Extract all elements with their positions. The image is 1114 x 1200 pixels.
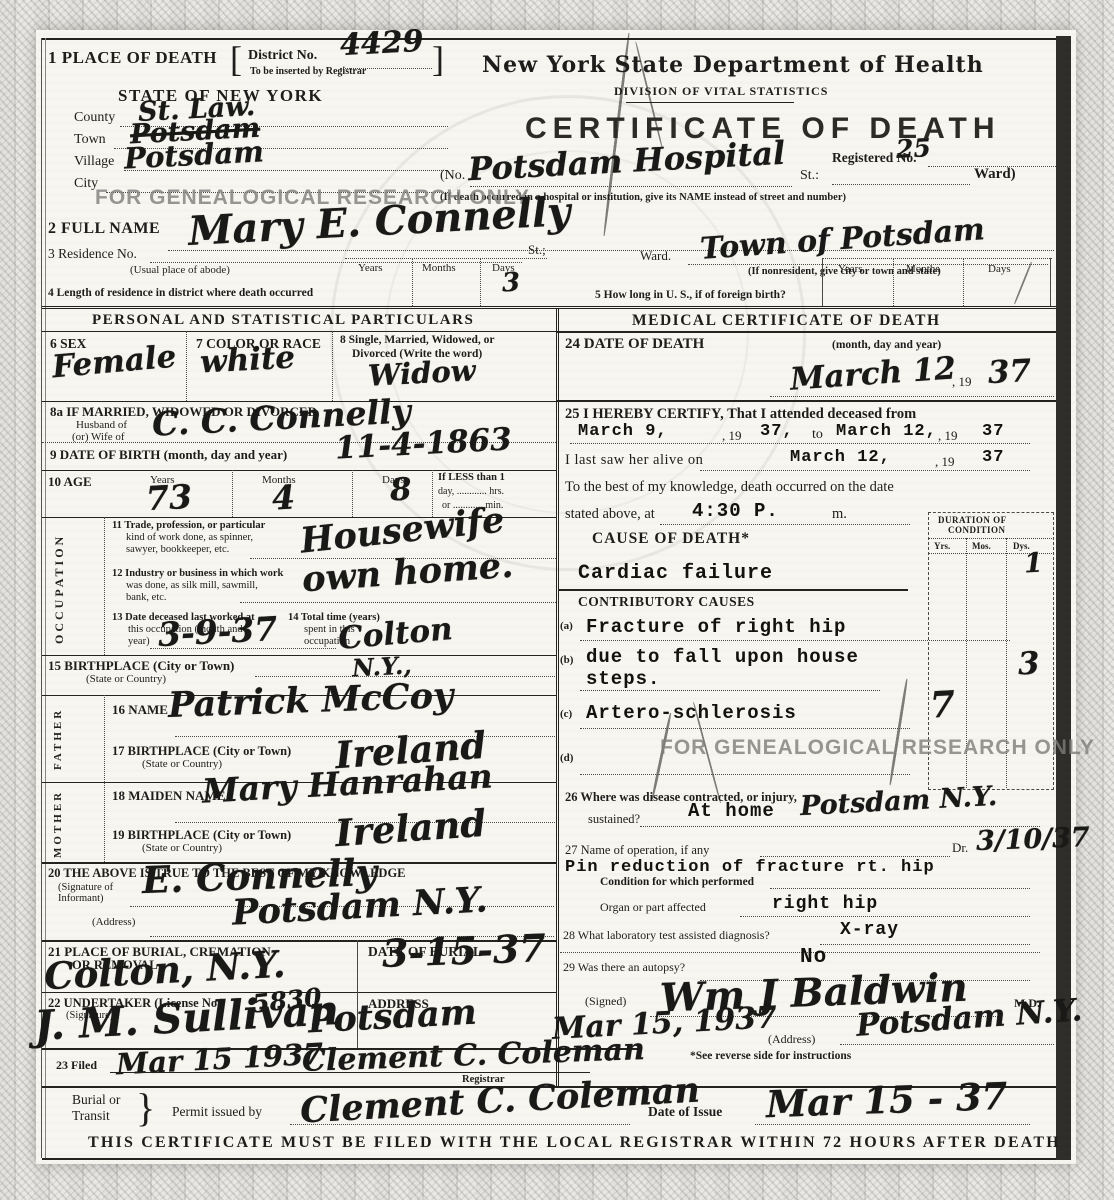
yrs-header: Yrs. — [934, 541, 950, 551]
year19-c: , 19 — [935, 454, 955, 470]
dob-label: 9 DATE OF BIRTH (month, day and year) — [50, 447, 287, 463]
rule — [700, 470, 1030, 471]
rule — [740, 916, 1030, 917]
rule — [893, 258, 894, 306]
rule — [558, 589, 908, 591]
rule — [832, 184, 970, 185]
attended-to-value: March 12, — [836, 422, 937, 441]
rule — [660, 524, 910, 525]
informant-address-label: (Address) — [92, 916, 135, 928]
informant-sig-label-1: (Signature of — [58, 882, 113, 893]
rule — [42, 655, 556, 656]
residence-sublabel: (Usual place of abode) — [130, 264, 230, 276]
rule — [1050, 258, 1051, 306]
district-no-label: District No. — [248, 48, 317, 64]
lab-test-label: 28 What laboratory test assisted diagnos… — [563, 928, 770, 943]
duration-label-2: CONDITION — [948, 525, 1006, 535]
attended-to-year: 37 — [982, 422, 1004, 441]
rule — [332, 331, 333, 401]
rule — [104, 517, 105, 655]
to-word: to — [812, 427, 823, 443]
district-note: To be inserted by Registrar — [250, 66, 366, 77]
year19-b: , 19 — [938, 428, 958, 444]
permit-issued-label: Permit issued by — [172, 1104, 262, 1120]
operation-label: 27 Name of operation, if any — [565, 843, 709, 858]
duration-label-1: DURATION OF — [938, 515, 1007, 525]
rule — [580, 728, 910, 729]
last-saw-year: 37 — [982, 448, 1004, 467]
informant-sig-label-2: Informant) — [58, 893, 103, 904]
trade-label-2: kind of work done, as spinner, — [126, 532, 253, 543]
age-less-label-1: If LESS than 1 — [438, 472, 505, 483]
rule — [557, 400, 1056, 402]
year19-a: , 19 — [722, 428, 742, 444]
dod-year-value: 37 — [987, 353, 1032, 391]
certify-label: 25 I HEREBY CERTIFY, That I attended dec… — [565, 406, 916, 423]
rule — [963, 258, 964, 306]
attended-from-value: March 9, — [578, 422, 668, 441]
rule — [580, 774, 910, 775]
husband-of-label: Husband of — [76, 419, 127, 431]
street-label-2: St.; — [528, 242, 546, 258]
rule — [110, 1072, 590, 1073]
rule — [41, 38, 42, 1158]
rule — [928, 538, 1052, 539]
rule — [42, 470, 556, 471]
rule — [345, 258, 547, 259]
registered-no-value: 25 — [895, 133, 931, 164]
last-saw-value: March 12, — [790, 448, 891, 467]
race-value: white — [199, 340, 296, 381]
hospital-no-open: (No. — [440, 168, 465, 184]
rule — [570, 443, 1030, 444]
rule — [626, 102, 794, 103]
father-birthplace-sublabel: (State or Country) — [142, 758, 222, 770]
cause-duration-days: 1 — [1023, 548, 1043, 580]
cause-c-value: Artero-schlerosis — [586, 702, 797, 724]
burial-date-value: 3-15-37 — [381, 925, 546, 976]
town-label: Town — [74, 132, 106, 148]
age-less-label-2: day, ............ hrs. — [438, 486, 504, 497]
date-of-issue-label: Date of Issue — [648, 1104, 722, 1120]
date-of-death-label: 24 DATE OF DEATH — [565, 336, 704, 353]
age-days-value: 8 — [389, 471, 412, 508]
rule — [755, 1124, 1030, 1125]
county-label: County — [74, 110, 115, 126]
rule — [840, 1044, 1054, 1045]
marital-label-1: 8 Single, Married, Widowed, or — [340, 334, 495, 346]
personal-title: PERSONAL AND STATISTICAL PARTICULARS — [92, 312, 474, 329]
rule — [580, 640, 1010, 641]
rule — [760, 856, 950, 857]
knowledge-line: To the best of my knowledge, death occur… — [565, 479, 894, 496]
mother-birthplace-sublabel: (State or Country) — [142, 842, 222, 854]
autopsy-label: 29 Was there an autopsy? — [563, 960, 685, 975]
street-label: St.: — [800, 168, 819, 184]
where-contracted-value: At home — [688, 800, 775, 822]
department-title: New York State Department of Health — [482, 52, 984, 78]
cause-c-duration-years: 7 — [929, 683, 956, 726]
stated-above-label: stated above, at — [565, 506, 655, 523]
rule — [556, 308, 559, 1086]
mother-side-label: MOTHER — [52, 789, 64, 859]
father-name-label: 16 NAME — [112, 702, 168, 718]
rule — [186, 331, 187, 401]
physician-address-label: (Address) — [768, 1032, 815, 1047]
rule — [42, 306, 1056, 309]
district-bracket-open: [ — [230, 38, 242, 80]
rule — [42, 1158, 1056, 1160]
cause-b-duration-days: 3 — [1017, 645, 1040, 682]
occupation-side-label: OCCUPATION — [52, 528, 67, 650]
rule — [822, 258, 823, 306]
attended-from-year: 37, — [760, 422, 794, 441]
ward-label: Ward. — [640, 248, 671, 264]
years-header: Years — [358, 262, 383, 274]
operation-date-value: 3/10/37 — [975, 822, 1090, 857]
cause-b-label: (b) — [560, 654, 573, 666]
rule — [412, 258, 413, 306]
marital-value: Widow — [367, 353, 476, 393]
age-years-value: 73 — [145, 477, 193, 518]
cause-a-value: Fracture of right hip — [586, 616, 846, 638]
rule — [770, 888, 1030, 889]
cause-c-label: (c) — [560, 708, 572, 720]
birthplace-label: 15 BIRTHPLACE (City or Town) — [48, 658, 234, 674]
signed-label: (Signed) — [585, 994, 626, 1009]
rule — [104, 695, 105, 782]
rule — [42, 38, 1056, 40]
mos-header: Mos. — [972, 541, 991, 551]
how-long-us-label: 5 How long in U. S., if of foreign birth… — [595, 289, 786, 301]
date-of-issue-value: Mar 15 - 37 — [765, 1074, 1008, 1126]
cause-a-label: (a) — [560, 620, 573, 632]
brace-glyph: } — [136, 1084, 155, 1131]
reverse-note: *See reverse side for instructions — [690, 1050, 851, 1062]
rule — [770, 396, 1054, 397]
district-bracket-close: ] — [432, 38, 444, 80]
filed-label: 23 Filed — [56, 1058, 97, 1073]
rule — [150, 262, 522, 263]
us-days-header: Days — [988, 263, 1011, 275]
birthplace-sublabel: (State or Country) — [86, 673, 166, 685]
village-label: Village — [74, 154, 114, 170]
district-no-value: 4429 — [339, 24, 424, 63]
time-of-death-value: 4:30 P. — [692, 500, 779, 522]
rule — [822, 258, 1052, 259]
place-of-death-label: 1 PLACE OF DEATH — [48, 48, 217, 68]
rule — [352, 470, 353, 517]
rule — [357, 940, 358, 992]
length-residence-days-value: 3 — [501, 268, 521, 299]
m-label: m. — [832, 506, 847, 523]
father-birthplace-label: 17 BIRTHPLACE (City or Town) — [112, 744, 291, 759]
condition-label: Condition for which performed — [600, 876, 754, 888]
last-worked-label-3: year) — [128, 636, 150, 647]
organ-label: Organ or part affected — [600, 900, 706, 915]
fullname-label: 2 FULL NAME — [48, 220, 160, 238]
cause-b-value-2: steps. — [586, 668, 660, 690]
division-title: DIVISION OF VITAL STATISTICS — [614, 84, 828, 99]
mother-birthplace-label: 19 BIRTHPLACE (City or Town) — [112, 828, 291, 843]
cause-of-death-label: CAUSE OF DEATH* — [592, 530, 750, 548]
operation-value: Pin reduction of fracture rt. hip — [565, 858, 935, 877]
medical-title: MEDICAL CERTIFICATE OF DEATH — [632, 312, 941, 330]
rule — [820, 944, 1030, 945]
lab-test-value: X-ray — [840, 920, 899, 940]
industry-label-2: was done, as silk mill, sawmill, — [126, 580, 258, 591]
scan-fold-bar — [1056, 36, 1071, 1160]
dr-label: Dr. — [952, 840, 968, 856]
contributory-label: CONTRIBUTORY CAUSES — [578, 594, 755, 610]
months-header: Months — [422, 262, 456, 274]
rule — [580, 690, 880, 691]
organ-value: right hip — [772, 894, 878, 914]
trade-label-3: sawyer, bookkeeper, etc. — [126, 544, 229, 555]
age-label: 10 AGE — [48, 474, 92, 490]
length-residence-label: 4 Length of residence in district where … — [48, 287, 313, 299]
cause-value: Cardiac failure — [578, 562, 773, 585]
trade-label-1: 11 Trade, profession, or particular — [112, 520, 265, 531]
rule — [240, 602, 556, 603]
ward-close-label: Ward) — [974, 166, 1016, 183]
where-contracted-label-2: sustained? — [588, 812, 640, 827]
rule — [232, 470, 233, 517]
rule — [42, 331, 556, 332]
dod-year-prefix: , 19 — [952, 374, 972, 390]
rule — [557, 331, 1056, 333]
genealogical-watermark-2: FOR GENEALOGICAL RESEARCH ONLY — [660, 736, 1095, 760]
us-months-header: Months — [906, 263, 940, 275]
date-of-death-sublabel: (month, day and year) — [832, 339, 941, 351]
burial-or-label: Burial or — [72, 1092, 120, 1108]
industry-label-3: bank, etc. — [126, 592, 167, 603]
footer-line: THIS CERTIFICATE MUST BE FILED WITH THE … — [88, 1134, 1061, 1152]
rule — [104, 782, 105, 862]
cause-d-label: (d) — [560, 752, 573, 764]
cause-b-value-1: due to fall upon house — [586, 646, 859, 668]
father-side-label: FATHER — [52, 702, 64, 776]
us-years-header: Years — [838, 263, 863, 275]
last-saw-label: I last saw her alive on — [565, 452, 703, 469]
age-months-value: 4 — [271, 477, 296, 517]
scanned-death-certificate: 1 PLACE OF DEATH [ District No. 4429 To … — [0, 0, 1114, 1200]
transit-label: Transit — [72, 1108, 110, 1124]
residence-label: 3 Residence No. — [48, 246, 137, 262]
industry-label-1: 12 Industry or business in which work — [112, 568, 283, 579]
rule — [480, 258, 481, 306]
rule — [150, 648, 336, 649]
autopsy-value: No — [800, 946, 827, 969]
